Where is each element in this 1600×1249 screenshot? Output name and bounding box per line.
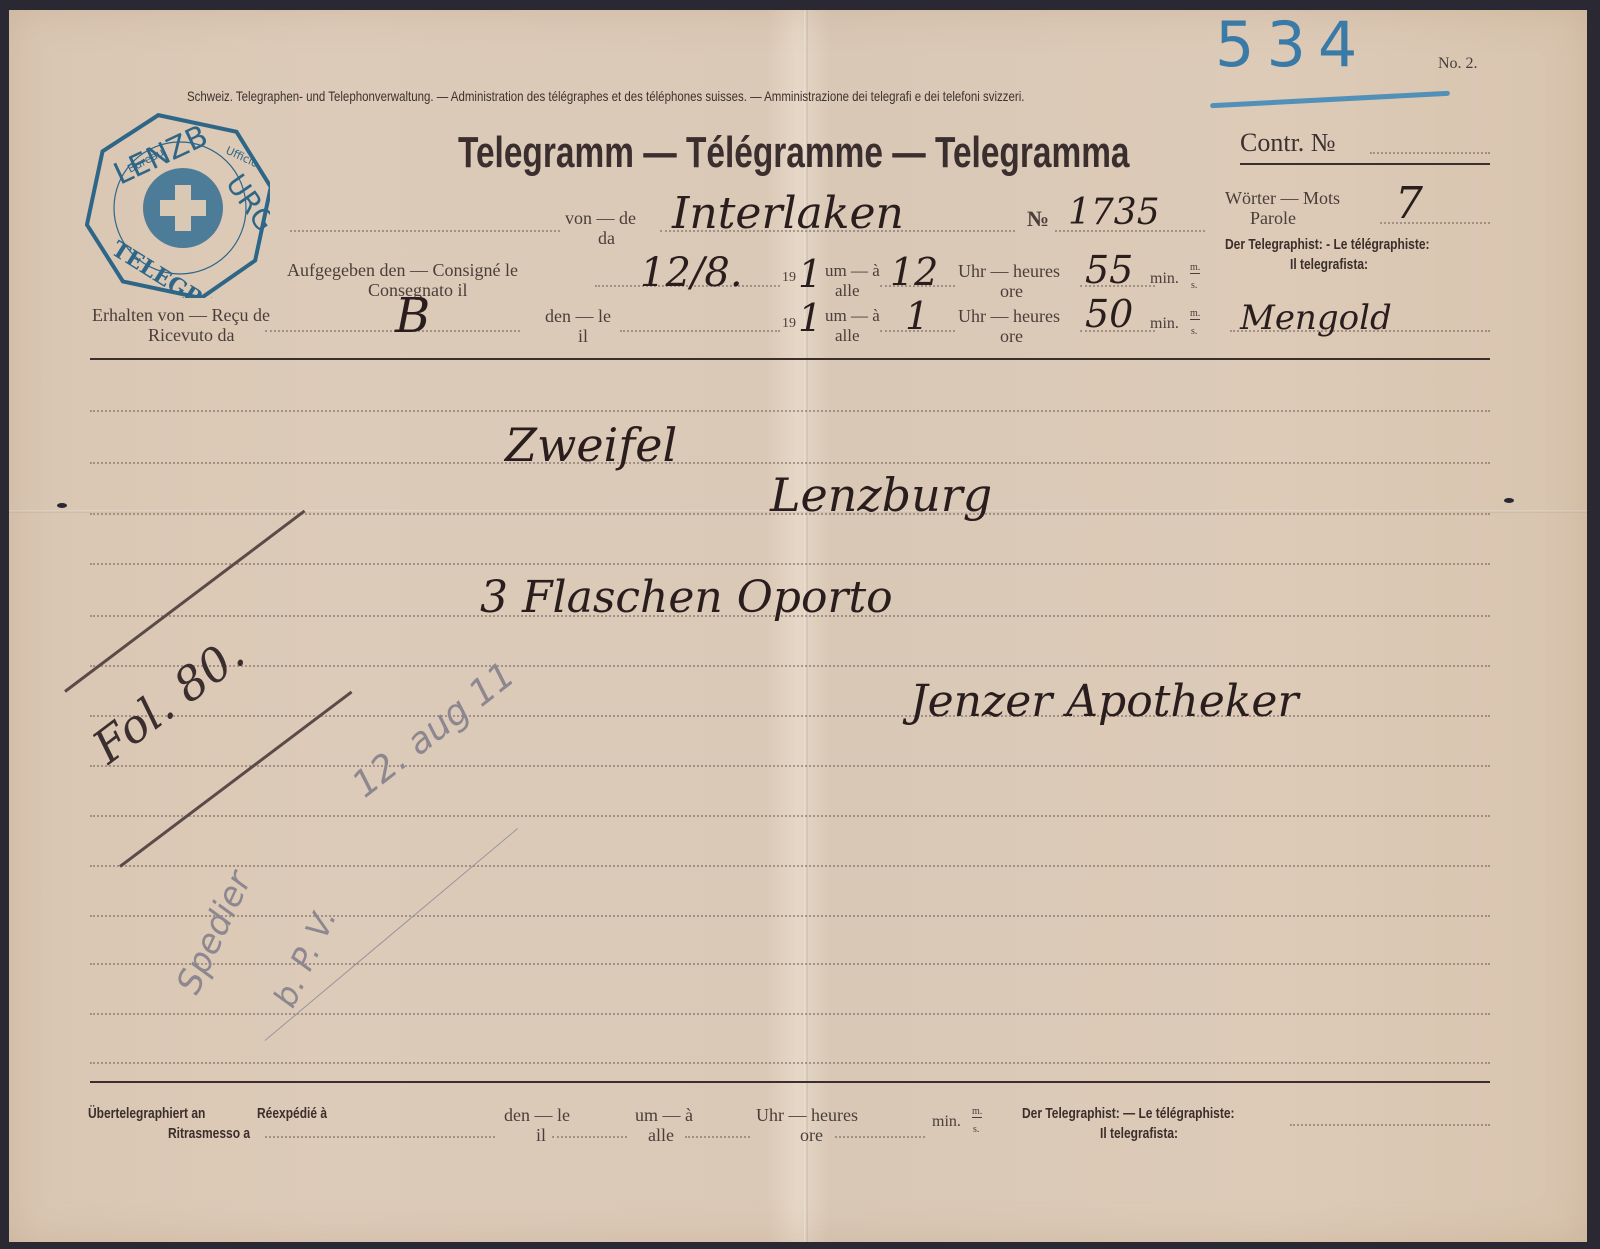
received-year-digit: 1 [798, 296, 822, 340]
telegraphist-signature: Mengold [1240, 298, 1392, 338]
received-uhr-label: Uhr — heures [958, 306, 1060, 327]
contr-rule [1240, 163, 1490, 165]
received-alle-label: alle [835, 326, 860, 346]
received-ore-label: ore [1000, 326, 1023, 347]
received-um-label: um — à [825, 306, 880, 326]
contr-number-field[interactable] [1370, 152, 1490, 154]
pre-von-field [290, 230, 560, 232]
message-line-6 [90, 665, 1490, 667]
octagon-stamp-icon: Bureau Ufficio LENZB URG TELEGRAPH [85, 113, 270, 298]
aufgegeben-label: Aufgegeben den — Consigné le [287, 260, 518, 281]
message-recipient-name: Zweifel [505, 418, 677, 472]
message-line-9 [90, 815, 1490, 817]
von-label-da: da [598, 228, 615, 249]
received-from-field[interactable] [265, 330, 520, 332]
form-number: No. 2. [1438, 55, 1478, 73]
footer-telegraphist-label-it: Il telegrafista: [1100, 1125, 1178, 1142]
sent-ms-top: m. [1190, 262, 1200, 274]
sent-min-label: min. [1150, 270, 1179, 288]
von-label: von — de [565, 208, 636, 229]
footer-ms-top: m. [972, 1106, 982, 1118]
words-count-value: 7 [1395, 178, 1423, 229]
received-ms-bottom: s. [1191, 326, 1197, 337]
footer-hour-field[interactable] [685, 1136, 750, 1138]
words-label-parole: Parole [1250, 208, 1296, 229]
erhalten-label-it: Ricevuto da [148, 325, 234, 346]
message-line-8 [90, 765, 1490, 767]
words-label: Wörter — Mots [1225, 188, 1340, 209]
form-title: Telegramm — Télégramme — Telegramma [458, 128, 1130, 178]
svg-text:URG: URG [219, 168, 270, 237]
erhalten-label: Erhalten von — Reçu de [92, 305, 270, 326]
footer-min-label: min. [932, 1113, 961, 1131]
sent-hour-value: 12 [890, 250, 938, 294]
footer-date-field[interactable] [552, 1136, 627, 1138]
footer-separator [90, 1081, 1490, 1083]
message-line-4 [90, 563, 1490, 565]
message-line-2 [90, 462, 1490, 464]
message-line-13 [90, 1013, 1490, 1015]
message-line-14 [90, 1062, 1490, 1064]
punch-hole-right [1504, 498, 1514, 503]
sent-minutes-value: 55 [1085, 248, 1133, 292]
forward-label: Übertelegraphiert an [88, 1105, 205, 1122]
received-min-label: min. [1150, 315, 1179, 333]
message-body: 3 Flaschen Oporto [480, 572, 893, 623]
sent-date-value: 12/8. [640, 250, 743, 296]
footer-uhr-label: Uhr — heures [756, 1105, 858, 1126]
sent-ore-label: ore [1000, 281, 1023, 302]
punch-hole-left [57, 503, 67, 508]
sent-um-label: um — à [825, 261, 880, 281]
footer-ms-bottom: s. [973, 1124, 979, 1135]
sent-uhr-label: Uhr — heures [958, 261, 1060, 282]
svg-text:Ufficio: Ufficio [224, 144, 261, 170]
lenzburg-telegraph-stamp: Bureau Ufficio LENZB URG TELEGRAPH [85, 113, 270, 298]
telegraphist-label-it: Il telegrafista: [1290, 256, 1368, 273]
sent-ms-bottom: s. [1191, 280, 1197, 291]
forward-to-field[interactable] [265, 1136, 495, 1138]
received-minutes-value: 50 [1085, 292, 1133, 336]
message-line-10 [90, 865, 1490, 867]
footer-den-label: den — le [504, 1105, 570, 1126]
footer-minutes-field[interactable] [835, 1136, 925, 1138]
header-separator [90, 358, 1490, 360]
received-hour-value: 1 [905, 294, 929, 338]
footer-ore-label: ore [800, 1125, 823, 1146]
received-den-label: den — le [545, 306, 611, 327]
contr-number-label: Contr. № [1240, 128, 1336, 158]
message-recipient-city: Lenzburg [770, 468, 992, 522]
footer-um-label: um — à [635, 1105, 693, 1126]
telegraphist-label: Der Telegraphist: - Le télégraphiste: [1225, 236, 1429, 253]
telegram-number-label: № [1027, 206, 1049, 232]
reexpedie-label: Réexpédié à [257, 1105, 327, 1122]
sent-year-digit: 1 [798, 252, 822, 296]
received-il-label: il [578, 326, 588, 347]
message-line-11 [90, 915, 1490, 917]
ritrasmesso-label: Ritrasmesso a [168, 1125, 250, 1142]
sent-year-prefix: 19 [782, 270, 796, 286]
received-date-field[interactable] [620, 330, 780, 332]
footer-telegraphist-field[interactable] [1290, 1124, 1490, 1126]
received-year-prefix: 19 [782, 316, 796, 332]
footer-il-label: il [536, 1125, 546, 1146]
header-administration-line: Schweiz. Telegraphen- und Telephonverwal… [187, 88, 1024, 104]
message-sender: Jenzer Apotheker [910, 676, 1298, 727]
footer-alle-label: alle [648, 1125, 674, 1146]
footer-telegraphist-label: Der Telegraphist: — Le télégraphiste: [1022, 1105, 1235, 1122]
sent-alle-label: alle [835, 281, 860, 301]
from-place-value: Interlaken [672, 188, 904, 239]
telegram-number-value: 1735 [1068, 192, 1160, 233]
received-from-initial: B [395, 288, 430, 344]
received-ms-top: m. [1190, 308, 1200, 320]
message-line-1 [90, 410, 1490, 412]
archive-number: 534 [1215, 8, 1369, 81]
